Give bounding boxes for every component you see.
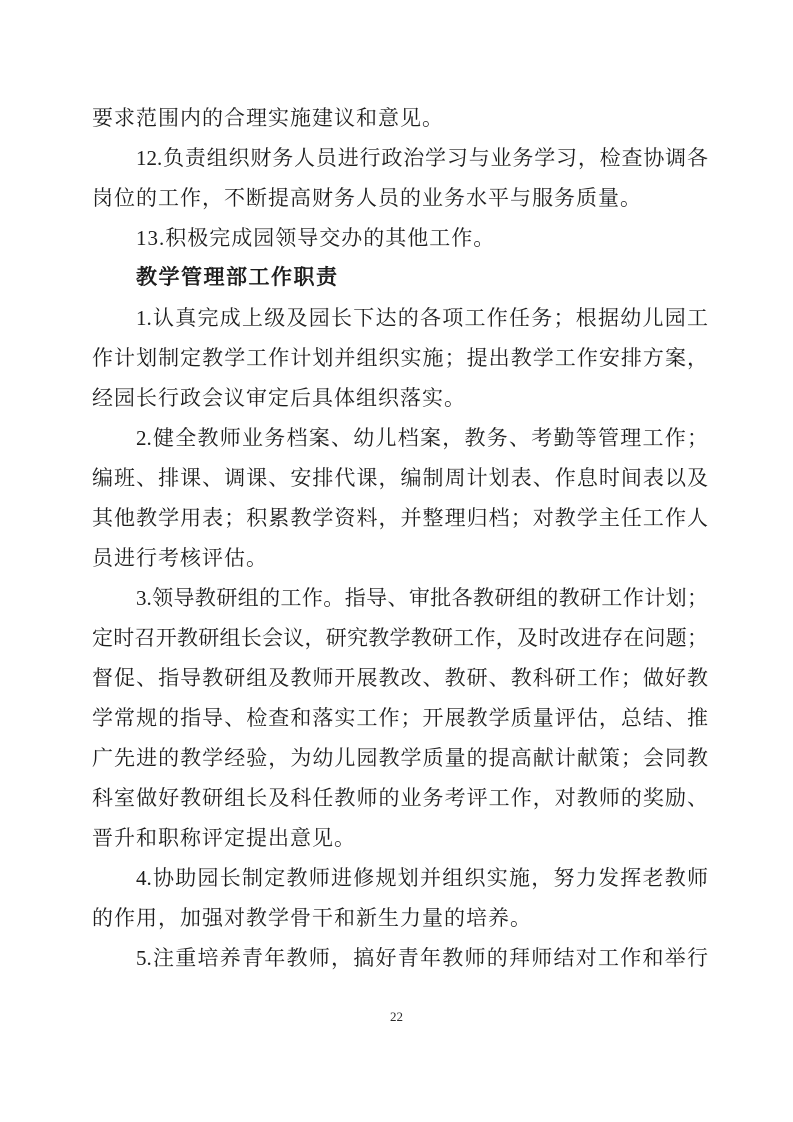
text-line: 4.协助园长制定教师进修规划并组织实施，努力发挥老教师 (92, 858, 708, 898)
text-line: 其他教学用表；积累教学资料，并整理归档；对教学主任工作人 (92, 498, 708, 538)
text-line: 晋升和职称评定提出意见。 (92, 818, 708, 858)
text-line: 作计划制定教学工作计划并组织实施；提出教学工作安排方案， (92, 338, 708, 378)
text-line: 要求范围内的合理实施建议和意见。 (92, 98, 708, 138)
text-line: 2.健全教师业务档案、幼儿档案，教务、考勤等管理工作； (92, 418, 708, 458)
text-line: 3.领导教研组的工作。指导、审批各教研组的教研工作计划； (92, 578, 708, 618)
document-page: 要求范围内的合理实施建议和意见。12.负责组织财务人员进行政治学习与业务学习，检… (0, 0, 793, 1122)
document-text-body: 要求范围内的合理实施建议和意见。12.负责组织财务人员进行政治学习与业务学习，检… (92, 98, 708, 978)
text-line: 编班、排课、调课、安排代课，编制周计划表、作息时间表以及 (92, 458, 708, 498)
text-line: 12.负责组织财务人员进行政治学习与业务学习，检查协调各 (92, 138, 708, 178)
text-line: 员进行考核评估。 (92, 538, 708, 578)
text-line: 13.积极完成园领导交办的其他工作。 (92, 218, 708, 258)
text-line: 5.注重培养青年教师，搞好青年教师的拜师结对工作和举行 (92, 938, 708, 978)
text-line: 科室做好教研组长及科任教师的业务考评工作，对教师的奖励、 (92, 778, 708, 818)
text-line: 学常规的指导、检查和落实工作；开展教学质量评估，总结、推 (92, 698, 708, 738)
page-number: 22 (0, 1008, 793, 1026)
text-line: 的作用，加强对教学骨干和新生力量的培养。 (92, 898, 708, 938)
text-line: 定时召开教研组长会议，研究教学教研工作，及时改进存在问题； (92, 618, 708, 658)
section-heading: 教学管理部工作职责 (92, 258, 708, 298)
text-line: 广先进的教学经验，为幼儿园教学质量的提高献计献策；会同教 (92, 738, 708, 778)
text-line: 1.认真完成上级及园长下达的各项工作任务；根据幼儿园工 (92, 298, 708, 338)
text-line: 督促、指导教研组及教师开展教改、教研、教科研工作；做好教 (92, 658, 708, 698)
text-line: 经园长行政会议审定后具体组织落实。 (92, 378, 708, 418)
text-line: 岗位的工作，不断提高财务人员的业务水平与服务质量。 (92, 178, 708, 218)
